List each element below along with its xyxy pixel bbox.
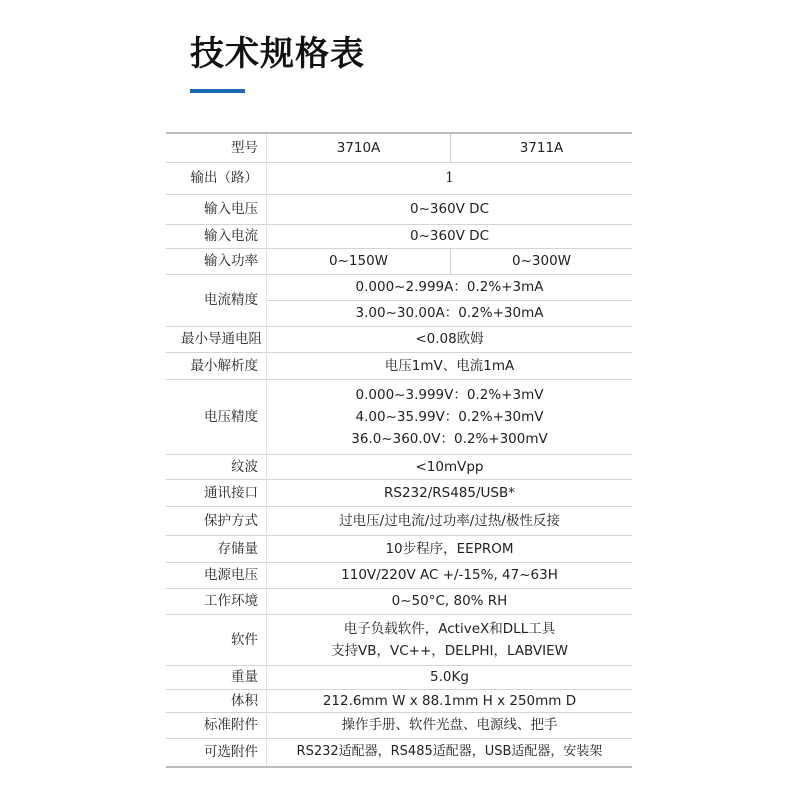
table-row-standard-accessories: 标准附件 操作手册、软件光盘、电源线、把手 [166,712,632,738]
row-label: 电流精度 [166,274,267,326]
row-value: 0~360V DC [267,224,633,248]
row-value: 1 [267,162,633,194]
row-label: 存储量 [166,535,267,562]
row-label: 电压精度 [166,379,267,454]
table-row-output-channels: 输出（路） 1 [166,162,632,194]
row-value: RS232适配器，RS485适配器，USB适配器，安装架 [267,738,633,767]
page-title: 技术规格表 [190,32,365,76]
row-label: 工作环境 [166,588,267,614]
model-3710a: 3710A [267,133,451,162]
row-value: <10mVpp [267,454,633,479]
title-accent-bar [190,89,245,93]
table-row-optional-accessories: 可选附件 RS232适配器，RS485适配器，USB适配器，安装架 [166,738,632,767]
row-label: 体积 [166,689,267,712]
row-label: 输入功率 [166,248,267,274]
table-row-input-current: 输入电流 0~360V DC [166,224,632,248]
row-subvalue: 0.000~2.999A：0.2%+3mA [267,274,633,300]
value-line: 4.00~35.99V：0.2%+30mV [267,406,632,428]
power-3710a: 0~150W [267,248,451,274]
row-label: 可选附件 [166,738,267,767]
row-label: 电源电压 [166,562,267,588]
row-label: 输出（路） [166,162,267,194]
row-label: 最小导通电阻 [166,326,267,352]
row-label: 通讯接口 [166,479,267,506]
value-line: 36.0~360.0V：0.2%+300mV [267,428,632,450]
row-label: 输入电流 [166,224,267,248]
row-label: 纹波 [166,454,267,479]
row-label: 输入电压 [166,194,267,224]
table-row-environment: 工作环境 0~50°C, 80% RH [166,588,632,614]
table-row-ripple: 纹波 <10mVpp [166,454,632,479]
row-value: 过电压/过电流/过功率/过热/极性反接 [267,506,633,535]
table-row-input-voltage: 输入电压 0~360V DC [166,194,632,224]
row-value: 5.0Kg [267,665,633,689]
row-label: 型号 [166,133,267,162]
spec-table: 型号 3710A 3711A 输出（路） 1 输入电压 0~360V DC 输入… [166,132,632,768]
row-value: 212.6mm W x 88.1mm H x 250mm D [267,689,633,712]
table-row-dimensions: 体积 212.6mm W x 88.1mm H x 250mm D [166,689,632,712]
row-value: 0.000~3.999V：0.2%+3mV 4.00~35.99V：0.2%+3… [267,379,633,454]
table-row-supply-voltage: 电源电压 110V/220V AC +/-15%, 47~63H [166,562,632,588]
row-label: 保护方式 [166,506,267,535]
model-3711a: 3711A [451,133,633,162]
row-value: 0~360V DC [267,194,633,224]
row-value: 电压1mV、电流1mA [267,352,633,379]
table-row-input-power: 输入功率 0~150W 0~300W [166,248,632,274]
row-value: RS232/RS485/USB* [267,479,633,506]
row-label: 软件 [166,614,267,665]
table-row-current-accuracy: 电流精度 0.000~2.999A：0.2%+3mA [166,274,632,300]
row-value: 110V/220V AC +/-15%, 47~63H [267,562,633,588]
table-row-weight: 重量 5.0Kg [166,665,632,689]
table-row-min-on-resistance: 最小导通电阻 <0.08欧姆 [166,326,632,352]
table-row-comm-interface: 通讯接口 RS232/RS485/USB* [166,479,632,506]
value-line: 支持VB，VC++，DELPHI，LABVIEW [267,640,632,662]
row-label: 最小解析度 [166,352,267,379]
table-row-software: 软件 电子负载软件，ActiveX和DLL工具 支持VB，VC++，DELPHI… [166,614,632,665]
row-label: 标准附件 [166,712,267,738]
value-line: 0.000~3.999V：0.2%+3mV [267,384,632,406]
table-row-voltage-accuracy: 电压精度 0.000~3.999V：0.2%+3mV 4.00~35.99V：0… [166,379,632,454]
row-subvalue: 3.00~30.00A：0.2%+30mA [267,300,633,326]
row-value: 0~50°C, 80% RH [267,588,633,614]
row-value: <0.08欧姆 [267,326,633,352]
row-value: 操作手册、软件光盘、电源线、把手 [267,712,633,738]
table-row-protection: 保护方式 过电压/过电流/过功率/过热/极性反接 [166,506,632,535]
spec-sheet-page: 技术规格表 型号 3710A 3711A 输出（路） 1 输入电压 0~360V… [0,0,800,800]
value-line: 电子负载软件，ActiveX和DLL工具 [267,618,632,640]
table-row-storage: 存储量 10步程序，EEPROM [166,535,632,562]
table-row-min-resolution: 最小解析度 电压1mV、电流1mA [166,352,632,379]
row-label: 重量 [166,665,267,689]
row-value: 10步程序，EEPROM [267,535,633,562]
row-value: 电子负载软件，ActiveX和DLL工具 支持VB，VC++，DELPHI，LA… [267,614,633,665]
power-3711a: 0~300W [451,248,633,274]
table-row-model: 型号 3710A 3711A [166,133,632,162]
